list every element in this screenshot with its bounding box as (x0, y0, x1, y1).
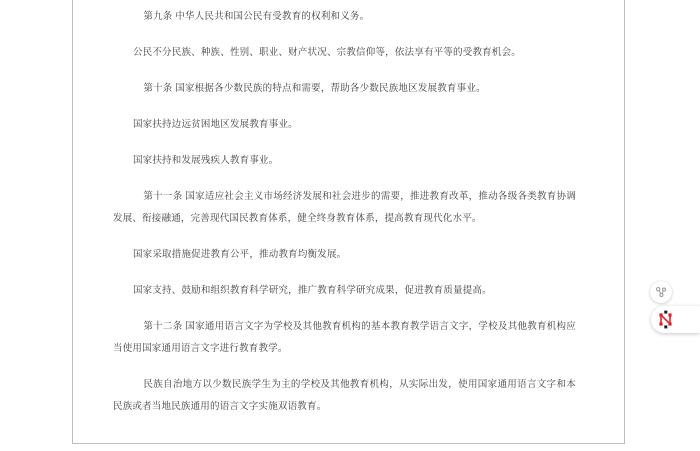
document-page: 第九条 中华人民共和国公民有受教育的权利和义务。 公民不分民族、种族、性别、职业… (72, 0, 625, 444)
law-paragraph: 第十一条 国家适应社会主义市场经济发展和社会进步的需要，推进教育改革，推动各级各… (113, 186, 576, 230)
law-paragraph: 国家采取措施促进教育公平，推动教育均衡发展。 (113, 244, 576, 266)
law-paragraph: 第十条 国家根据各少数民族的特点和需要，帮助各少数民族地区发展教育事业。 (113, 78, 576, 100)
law-paragraph: 国家支持、鼓励和组织教育科学研究，推广教育科学研究成果，促进教育质量提高。 (113, 280, 576, 302)
browser-viewport: 第九条 中华人民共和国公民有受教育的权利和义务。 公民不分民族、种族、性别、职业… (0, 0, 700, 451)
law-paragraph: 民族自治地方以少数民族学生为主的学校及其他教育机构，从实际出发，使用国家通用语言… (113, 374, 576, 418)
extension-floating-button[interactable] (651, 306, 700, 333)
network-graph-icon (657, 310, 675, 329)
law-paragraph: 第九条 中华人民共和国公民有受教育的权利和义务。 (113, 6, 576, 28)
share-button[interactable] (650, 281, 672, 303)
law-paragraph: 国家扶持边远贫困地区发展教育事业。 (113, 114, 576, 136)
document-content: 第九条 中华人民共和国公民有受教育的权利和义务。 公民不分民族、种族、性别、职业… (113, 6, 576, 432)
share-nodes-icon (655, 286, 667, 298)
law-paragraph: 国家扶持和发展残疾人教育事业。 (113, 150, 576, 172)
law-paragraph: 公民不分民族、种族、性别、职业、财产状况、宗教信仰等，依法享有平等的受教育机会。 (113, 42, 576, 64)
law-paragraph: 第十二条 国家通用语言文字为学校及其他教育机构的基本教育教学语言文字，学校及其他… (113, 316, 576, 360)
